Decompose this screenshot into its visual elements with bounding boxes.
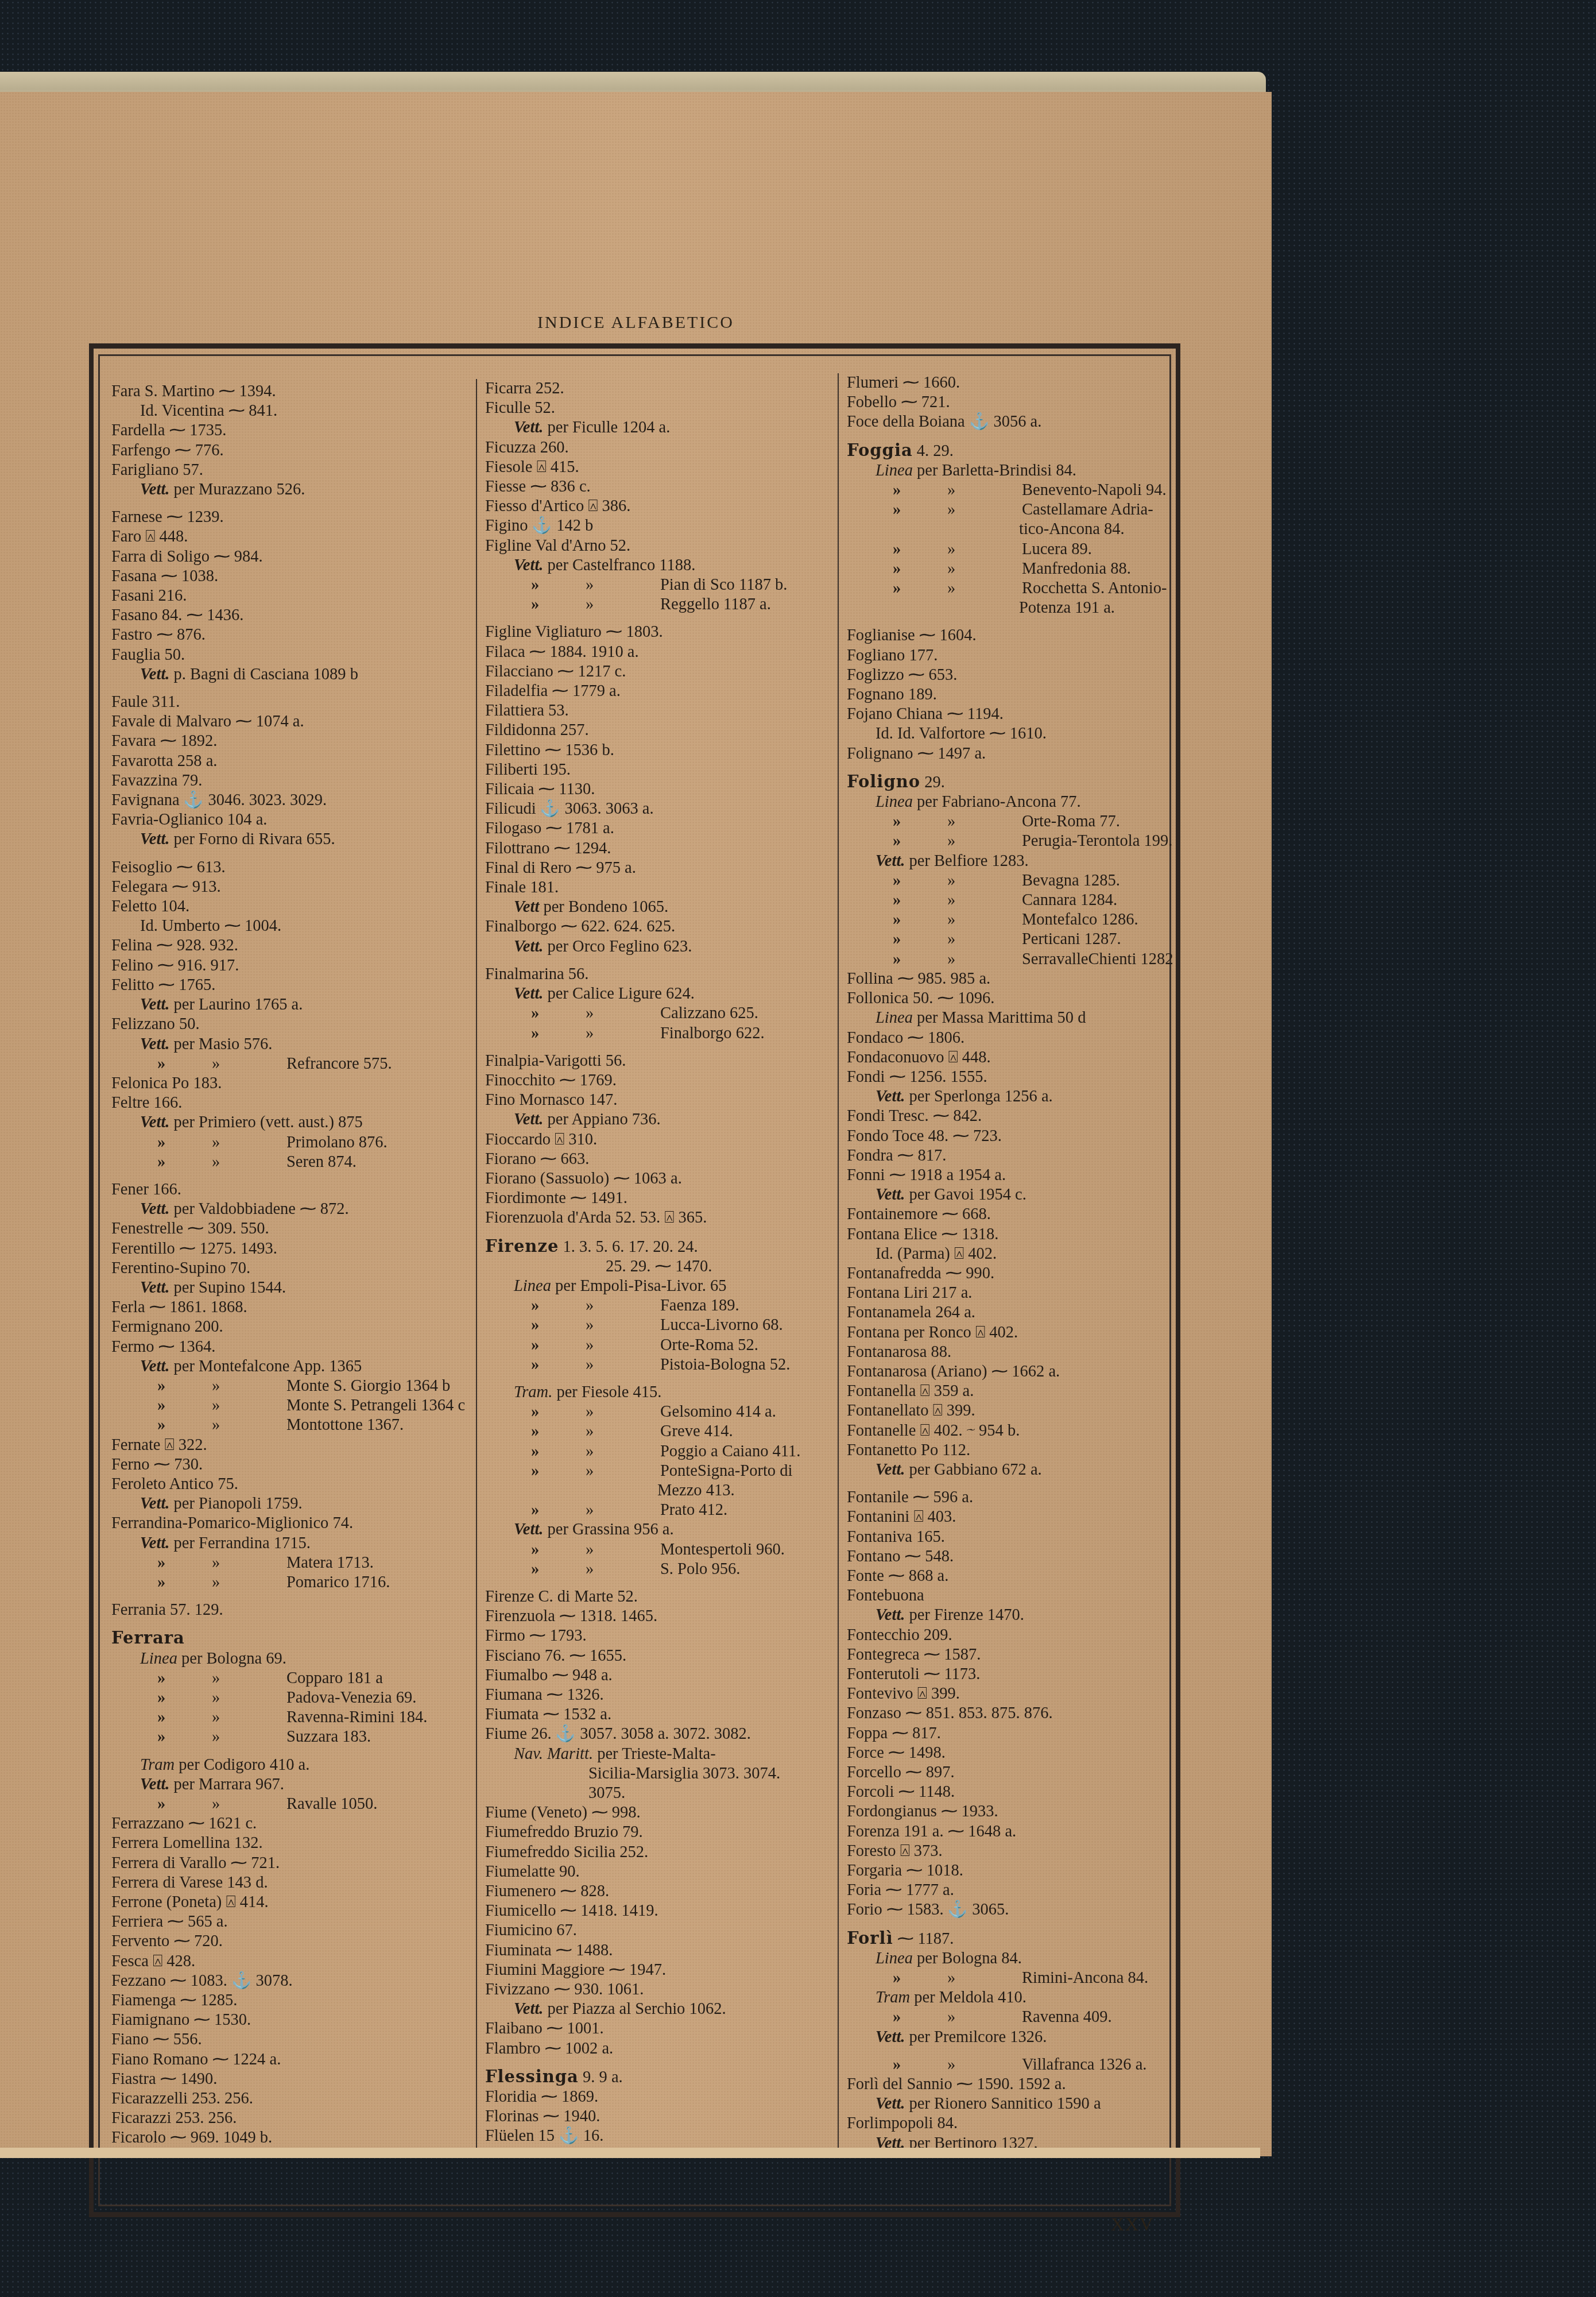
page-number: XXV [1111, 2214, 1154, 2235]
index-entry: »»Ravenna-Rimini 184. [111, 1708, 456, 1727]
ditto-mark: » [893, 2055, 947, 2075]
index-entry: Fiorenzuola d'Arda 52. 53. ⍓ 365. [485, 1208, 830, 1228]
index-entry: Fontanini ⍓ 403. [847, 1507, 1174, 1527]
ditto-mark: » [212, 1396, 286, 1416]
ditto-mark: » [212, 1669, 286, 1688]
index-entry: Fiano Romano ⁓ 1224 a. [111, 2050, 456, 2070]
ditto-mark: » [893, 910, 947, 930]
index-entry: Id. Umberto ⁓ 1004. [111, 917, 456, 936]
index-entry: Favazzina 79. [111, 771, 456, 791]
index-entry: Fondi ⁓ 1256. 1555. [847, 1068, 1174, 1087]
index-entry: Flessinga 9. 9 a. [485, 2067, 830, 2087]
index-entry: Flambro ⁓ 1002 a. [485, 2039, 830, 2059]
ditto-mark: » [531, 1402, 586, 1422]
index-entry: Ferentillo ⁓ 1275. 1493. [111, 1239, 456, 1259]
index-entry: Vett. per Sperlonga 1256 a. [847, 1087, 1174, 1107]
index-entry: Forlì del Sannio ⁓ 1590. 1592 a. [847, 2075, 1174, 2094]
page-title: INDICE ALFABETICO [0, 313, 1272, 332]
index-entry: Filiberti 195. [485, 760, 830, 780]
ditto-mark: » [157, 1688, 212, 1708]
index-entry: Fiumini Maggiore ⁓ 1947. [485, 1960, 830, 1980]
index-entry: Filicudi ⚓ 3063. 3063 a. [485, 799, 830, 819]
index-entry: Filacciano ⁓ 1217 c. [485, 662, 830, 682]
index-entry: Favria-Oglianico 104 a. [111, 810, 456, 830]
ditto-mark: » [586, 575, 660, 595]
index-entry: Fontegreca ⁓ 1587. [847, 1645, 1174, 1665]
index-entry: Ferrazzano ⁓ 1621 c. [111, 1814, 456, 1834]
index-entry: »»Reggello 1187 a. [485, 595, 830, 614]
index-entry: Ficarra 252. [485, 379, 830, 399]
ditto-mark: » [947, 871, 1022, 891]
ditto-mark: » [212, 1573, 286, 1592]
index-entry: »»Rocchetta S. Antonio- [847, 579, 1174, 598]
index-entry: »»Castellamare Adria- [847, 500, 1174, 520]
index-entry: Fiumefreddo Sicilia 252. [485, 1843, 830, 1862]
index-entry: Fasano 84. ⁓ 1436. [111, 606, 456, 625]
index-entry: Figino ⚓ 142 b [485, 516, 830, 536]
index-entry: Linea per Fabriano-Ancona 77. [847, 792, 1174, 812]
index-entry: Fesca ⍓ 428. [111, 1952, 456, 1971]
ditto-mark: » [531, 1461, 586, 1481]
index-entry: Ferrandina-Pomarico-Miglionico 74. [111, 1514, 456, 1533]
index-entry: Firenze C. di Marte 52. [485, 1587, 830, 1607]
index-entry: Fondaco ⁓ 1806. [847, 1028, 1174, 1048]
ditto-mark: » [531, 1024, 586, 1043]
index-column-2: Ficarra 252.Ficulle 52.Vett. per Ficulle… [476, 379, 830, 2153]
ditto-mark: » [586, 1422, 660, 1441]
ditto-mark: » [893, 559, 947, 579]
index-entry: Fontanarosa 88. [847, 1343, 1174, 1362]
index-entry: »»Seren 874. [111, 1153, 456, 1172]
index-entry: »»Faenza 189. [485, 1296, 830, 1316]
index-entry: Vett. per Appiano 736. [485, 1110, 830, 1130]
index-entry: »»Finalborgo 622. [485, 1024, 830, 1043]
index-entry: »»Padova-Venezia 69. [111, 1688, 456, 1708]
index-entry: »»Cannara 1284. [847, 891, 1174, 910]
index-entry: Fiumana ⁓ 1326. [485, 1685, 830, 1705]
index-entry: »»Suzzara 183. [111, 1727, 456, 1747]
index-entry: Fiuminata ⁓ 1488. [485, 1941, 830, 1960]
ditto-mark: » [893, 891, 947, 910]
ditto-mark: » [531, 1442, 586, 1461]
index-entry: Felizzano 50. [111, 1015, 456, 1034]
index-entry: »»Montottone 1367. [111, 1416, 456, 1435]
index-entry: Feroleto Antico 75. [111, 1475, 456, 1494]
index-entry: Fiumalbo ⁓ 948 a. [485, 1666, 830, 1685]
index-entry: »»Ravenna 409. [847, 2008, 1174, 2027]
index-entry: Fastro ⁓ 876. [111, 625, 456, 645]
index-entry: Favignana ⚓ 3046. 3023. 3029. [111, 791, 456, 810]
index-entry: Fiume 26. ⚓ 3057. 3058 a. 3072. 3082. [485, 1724, 830, 1744]
index-entry: Fiumicello ⁓ 1418. 1419. [485, 1901, 830, 1921]
index-entry: Vett. per Pianopoli 1759. [111, 1494, 456, 1514]
ditto-mark: » [531, 1355, 586, 1375]
index-entry: »»Refrancore 575. [111, 1054, 456, 1074]
index-entry: Fasana ⁓ 1038. [111, 567, 456, 586]
index-entry: Vett. per Gavoi 1954 c. [847, 1185, 1174, 1205]
ditto-mark: » [586, 1560, 660, 1579]
index-entry: Linea per Massa Marittima 50 d [847, 1008, 1174, 1028]
index-entry: »»Calizzano 625. [485, 1004, 830, 1023]
ditto-mark: » [531, 1316, 586, 1335]
index-entry: tico-Ancona 84. [847, 520, 1174, 539]
index-entry: Mezzo 413. [485, 1481, 830, 1501]
index-entry: Fondi Tresc. ⁓ 842. [847, 1107, 1174, 1126]
city-heading: Forlì [847, 1928, 893, 1948]
ditto-mark: » [157, 1727, 212, 1747]
index-entry: Firenze 1. 3. 5. 6. 17. 20. 24. [485, 1236, 830, 1257]
index-entry: Foglizzo ⁓ 653. [847, 666, 1174, 685]
index-entry: Forlì ⁓ 1187. [847, 1928, 1174, 1949]
ditto-mark: » [212, 1133, 286, 1153]
index-entry: Fernate ⍓ 322. [111, 1436, 456, 1455]
ditto-mark: » [531, 1296, 586, 1316]
ditto-mark: » [893, 481, 947, 500]
index-entry: Feltre 166. [111, 1093, 456, 1113]
ditto-mark: » [947, 559, 1022, 579]
index-entry: Fiume (Veneto) ⁓ 998. [485, 1803, 830, 1823]
city-heading: Firenze [485, 1236, 559, 1256]
index-entry: Fontanetto Po 112. [847, 1441, 1174, 1460]
index-entry: Fontanile ⁓ 596 a. [847, 1488, 1174, 1507]
ditto-mark: » [947, 910, 1022, 930]
index-entry: »»Monte S. Giorgio 1364 b [111, 1376, 456, 1396]
index-entry: »»Montefalco 1286. [847, 910, 1174, 930]
ditto-mark: » [212, 1416, 286, 1435]
index-entry: Id. (Parma) ⍓ 402. [847, 1244, 1174, 1264]
index-entry: »»Primolano 876. [111, 1133, 456, 1153]
index-entry: Foglianise ⁓ 1604. [847, 626, 1174, 645]
ditto-mark: » [212, 1553, 286, 1573]
index-entry: Fontanella ⍓ 359 a. [847, 1382, 1174, 1401]
index-entry: Fasani 216. [111, 586, 456, 606]
index-entry: Id. Vicentina ⁓ 841. [111, 401, 456, 421]
index-entry: Linea per Bologna 69. [111, 1649, 456, 1669]
ditto-mark: » [212, 1054, 286, 1074]
index-entry: Fezzano ⁓ 1083. ⚓ 3078. [111, 1971, 456, 1991]
index-entry: Fiesole ⍓ 415. [485, 458, 830, 477]
index-entry: Ficarazzelli 253. 256. [111, 2089, 456, 2109]
index-entry: Vett. per Premilcore 1326. [847, 2028, 1174, 2047]
index-entry: Finalmarina 56. [485, 965, 830, 984]
index-entry: Fonte ⁓ 868 a. [847, 1567, 1174, 1586]
index-column-1: Fara S. Martino ⁓ 1394.Id. Vicentina ⁓ 8… [111, 382, 456, 2148]
ditto-mark: » [586, 1461, 660, 1481]
index-entry: Felitto ⁓ 1765. [111, 976, 456, 995]
index-entry: Vett. per Primiero (vett. aust.) 875 [111, 1113, 456, 1132]
index-entry: Fontana Liri 217 a. [847, 1283, 1174, 1303]
index-entry: Felonica Po 183. [111, 1074, 456, 1093]
index-entry: Fioccardo ⍓ 310. [485, 1130, 830, 1150]
index-entry: Fontano ⁓ 548. [847, 1547, 1174, 1567]
index-entry: Force ⁓ 1498. [847, 1743, 1174, 1763]
index-frame-inner: Fara S. Martino ⁓ 1394.Id. Vicentina ⁓ 8… [98, 354, 1171, 2206]
index-entry: Vett. per Firenze 1470. [847, 1606, 1174, 1625]
index-entry: Ferentino-Supino 70. [111, 1259, 456, 1278]
index-entry: Fontecchio 209. [847, 1626, 1174, 1645]
ditto-mark: » [157, 1669, 212, 1688]
ditto-mark: » [531, 1004, 586, 1023]
index-entry: Vett. per Supino 1544. [111, 1278, 456, 1298]
ditto-mark: » [212, 1727, 286, 1747]
index-entry: Fervento ⁓ 720. [111, 1932, 456, 1951]
ditto-mark: » [947, 579, 1022, 598]
index-entry: Id. Id. Valfortore ⁓ 1610. [847, 724, 1174, 744]
index-entry: Fontanafredda ⁓ 990. [847, 1264, 1174, 1283]
index-entry: Finalpia-Varigotti 56. [485, 1051, 830, 1071]
index-entry: »»Benevento-Napoli 94. [847, 481, 1174, 500]
index-entry: Vett. per Rionero Sannitico 1590 a [847, 2094, 1174, 2114]
ditto-mark: » [893, 579, 947, 598]
index-entry: Fiorano ⁓ 663. [485, 1150, 830, 1169]
ditto-mark: » [212, 1153, 286, 1172]
index-entry: Fener 166. [111, 1180, 456, 1200]
index-entry: Vett. per Calice Ligure 624. [485, 984, 830, 1004]
page-bottom-edge [0, 2148, 1260, 2158]
index-entry: »»Perugia-Terontola 199. [847, 832, 1174, 851]
index-entry: Fondo Toce 48. ⁓ 723. [847, 1127, 1174, 1146]
index-entry: Forio ⁓ 1583. ⚓ 3065. [847, 1900, 1174, 1920]
index-entry: Favara ⁓ 1892. [111, 732, 456, 751]
index-entry: Forlimpopoli 84. [847, 2114, 1174, 2133]
index-entry: Foria ⁓ 1777 a. [847, 1881, 1174, 1900]
ditto-mark: » [586, 1402, 660, 1422]
index-entry: Folignano ⁓ 1497 a. [847, 744, 1174, 764]
ditto-mark: » [586, 1355, 660, 1375]
index-entry: Fognano 189. [847, 685, 1174, 705]
ditto-mark: » [531, 575, 586, 595]
index-entry: Vett. per Montefalcone App. 1365 [111, 1357, 456, 1376]
ditto-mark: » [947, 2055, 1022, 2075]
index-entry: Faro ⍓ 448. [111, 527, 456, 547]
ditto-mark: » [947, 891, 1022, 910]
index-entry: Favarotta 258 a. [111, 752, 456, 771]
index-entry: Fogliano 177. [847, 646, 1174, 666]
index-entry: »»Perticani 1287. [847, 930, 1174, 949]
index-entry: Follina ⁓ 985. 985 a. [847, 969, 1174, 989]
index-entry: Ferrara [111, 1628, 456, 1649]
ditto-mark: » [893, 540, 947, 559]
index-entry: Fiumicino 67. [485, 1921, 830, 1940]
index-entry: Fobello ⁓ 721. [847, 393, 1174, 412]
index-entry: Fermo ⁓ 1364. [111, 1337, 456, 1357]
index-entry: Forcoli ⁓ 1148. [847, 1782, 1174, 1802]
index-entry: Figline Vigliaturo ⁓ 1803. [485, 622, 830, 642]
ditto-mark: » [586, 1540, 660, 1560]
index-entry: Filattiera 53. [485, 701, 830, 721]
index-entry: »»Poggio a Caiano 411. [485, 1442, 830, 1461]
index-entry: Flaibano ⁓ 1001. [485, 2019, 830, 2039]
index-entry: Forcello ⁓ 897. [847, 1763, 1174, 1782]
ditto-mark: » [157, 1795, 212, 1814]
index-entry: Felino ⁓ 916. 917. [111, 956, 456, 976]
index-entry: Filottrano ⁓ 1294. [485, 839, 830, 859]
index-entry: Vett. per Forno di Rivara 655. [111, 830, 456, 849]
index-entry: Fontana per Ronco ⍓ 402. [847, 1323, 1174, 1343]
ditto-mark: » [531, 1336, 586, 1355]
index-entry: Felegara ⁓ 913. [111, 877, 456, 897]
index-entry: Ferriera ⁓ 565 a. [111, 1912, 456, 1932]
index-entry: Foligno 29. [847, 772, 1174, 792]
ditto-mark: » [893, 500, 947, 520]
index-entry: Ferla ⁓ 1861. 1868. [111, 1298, 456, 1317]
ditto-mark: » [531, 1560, 586, 1579]
index-entry: Fivizzano ⁓ 930. 1061. [485, 1980, 830, 2000]
ditto-mark: » [531, 1540, 586, 1560]
ditto-mark: » [893, 2008, 947, 2027]
index-entry: Ficarolo ⁓ 969. 1049 b. [111, 2128, 456, 2148]
city-heading: Ferrara [111, 1628, 185, 1648]
index-entry: Fondaconuovo ⍓ 448. [847, 1048, 1174, 1068]
index-entry: Foggia 4. 29. [847, 440, 1174, 461]
index-entry: Fiastra ⁓ 1490. [111, 2070, 456, 2089]
index-entry: »»Orte-Roma 52. [485, 1336, 830, 1355]
ditto-mark: » [947, 812, 1022, 832]
index-entry: Filaca ⁓ 1884. 1910 a. [485, 643, 830, 662]
index-entry: Fiamignano ⁓ 1530. [111, 2010, 456, 2030]
index-entry: »»Copparo 181 a [111, 1669, 456, 1688]
city-heading: Flessinga [485, 2067, 579, 2086]
index-entry: »»Villafranca 1326 a. [847, 2055, 1174, 2075]
ditto-mark: » [947, 930, 1022, 949]
index-column-3: Flumeri ⁓ 1660.Fobello ⁓ 721.Foce della … [838, 373, 1174, 2153]
index-entry: Finalborgo ⁓ 622. 624. 625. [485, 917, 830, 937]
index-entry: Filogaso ⁓ 1781 a. [485, 819, 830, 838]
index-entry: Fiumelatte 90. [485, 1862, 830, 1882]
ditto-mark: » [586, 1296, 660, 1316]
index-entry: Final di Rero ⁓ 975 a. [485, 859, 830, 878]
ditto-mark: » [947, 2008, 1022, 2027]
ditto-mark: » [212, 1688, 286, 1708]
index-entry: Fiesse ⁓ 836 c. [485, 477, 830, 497]
book-page: INDICE ALFABETICO Fara S. Martino ⁓ 1394… [0, 92, 1272, 2156]
index-entry: Filettino ⁓ 1536 b. [485, 741, 830, 760]
index-entry: Finale 181. [485, 878, 830, 898]
index-entry: Feletto 104. [111, 897, 456, 917]
index-entry: Foresto ⍓ 373. [847, 1842, 1174, 1861]
ditto-mark: » [157, 1416, 212, 1435]
ditto-mark: » [947, 950, 1022, 969]
ditto-mark: » [212, 1795, 286, 1814]
index-entry: Vett. per Valdobbiadene ⁓ 872. [111, 1200, 456, 1219]
ditto-mark: » [157, 1133, 212, 1153]
index-entry: »»Greve 414. [485, 1422, 830, 1441]
index-entry: Filadelfia ⁓ 1779 a. [485, 682, 830, 701]
ditto-mark: » [893, 1969, 947, 1988]
index-entry: »»Bevagna 1285. [847, 871, 1174, 891]
index-entry: »»PonteSigna-Porto di [485, 1461, 830, 1481]
ditto-mark: » [947, 540, 1022, 559]
index-entry: »»Rimini-Ancona 84. [847, 1969, 1174, 1988]
index-entry: Tram per Meldola 410. [847, 1988, 1174, 2008]
index-entry: Vett. per Castelfranco 1188. [485, 556, 830, 575]
index-entry: Foce della Boiana ⚓ 3056 a. [847, 412, 1174, 432]
index-entry: Firenzuola ⁓ 1318. 1465. [485, 1607, 830, 1626]
index-entry: Vett. per Murazzano 526. [111, 480, 456, 500]
city-heading: Foligno [847, 772, 920, 791]
ditto-mark: » [157, 1054, 212, 1074]
index-entry: Forgaria ⁓ 1018. [847, 1861, 1174, 1881]
index-entry: Firmo ⁓ 1793. [485, 1626, 830, 1646]
index-entry: Vett. per Orco Feglino 623. [485, 937, 830, 957]
index-entry: Forenza 191 a. ⁓ 1648 a. [847, 1822, 1174, 1842]
index-entry: Flumeri ⁓ 1660. [847, 373, 1174, 393]
index-entry: Fontanelle ⍓ 402. ⁓ 954 b. [847, 1421, 1174, 1441]
index-entry: Feisoglio ⁓ 613. [111, 858, 456, 877]
index-entry: Fenestrelle ⁓ 309. 550. [111, 1219, 456, 1239]
index-entry: Vett. per Masio 576. [111, 1035, 456, 1054]
index-entry: Fontainemore ⁓ 668. [847, 1205, 1174, 1224]
index-entry: Ficarazzi 253. 256. [111, 2109, 456, 2128]
index-entry: Tram per Codigoro 410 a. [111, 1755, 456, 1775]
index-entry: Felina ⁓ 928. 932. [111, 936, 456, 956]
index-entry: »»Lucca-Livorno 68. [485, 1316, 830, 1335]
ditto-mark: » [157, 1396, 212, 1416]
ditto-mark: » [947, 832, 1022, 851]
index-entry: Fiumefreddo Bruzio 79. [485, 1823, 830, 1842]
index-entry: Ferrera di Varallo ⁓ 721. [111, 1854, 456, 1873]
ditto-mark: » [531, 595, 586, 614]
index-entry: Farfengo ⁓ 776. [111, 441, 456, 461]
index-entry: Farnese ⁓ 1239. [111, 508, 456, 527]
index-entry: Fiorano (Sassuolo) ⁓ 1063 a. [485, 1169, 830, 1189]
index-entry: Fojano Chiana ⁓ 1194. [847, 705, 1174, 724]
ditto-mark: » [893, 812, 947, 832]
index-entry: Fisciano 76. ⁓ 1655. [485, 1646, 830, 1666]
index-entry: Vett. per Ferrandina 1715. [111, 1534, 456, 1553]
index-entry: Farigliano 57. [111, 461, 456, 480]
index-entry: Vett. per Laurino 1765 a. [111, 995, 456, 1015]
index-entry: Vett. per Piazza al Serchio 1062. [485, 2000, 830, 2019]
ditto-mark: » [947, 1969, 1022, 1988]
index-entry: Linea per Bologna 84. [847, 1949, 1174, 1969]
index-entry: »»SerravalleChienti 1282 [847, 950, 1174, 969]
index-entry: »»Monte S. Petrangeli 1364 c [111, 1396, 456, 1416]
ditto-mark: » [947, 500, 1022, 520]
index-entry: Fiumata ⁓ 1532 a. [485, 1705, 830, 1724]
ditto-mark: » [893, 930, 947, 949]
index-entry: Ferrone (Poneta) ⍓ 414. [111, 1893, 456, 1912]
ditto-mark: » [531, 1422, 586, 1441]
ditto-mark: » [947, 481, 1022, 500]
index-entry: Fontanarosa (Ariano) ⁓ 1662 a. [847, 1362, 1174, 1382]
index-entry: Fermignano 200. [111, 1317, 456, 1337]
index-entry: Farra di Soligo ⁓ 984. [111, 547, 456, 567]
index-entry: »»Lucera 89. [847, 540, 1174, 559]
index-entry: Floridia ⁓ 1869. [485, 2087, 830, 2107]
index-entry: Vett per Bondeno 1065. [485, 898, 830, 917]
index-entry: Fiordimonte ⁓ 1491. [485, 1189, 830, 1208]
index-entry: Fontanamela 264 a. [847, 1303, 1174, 1322]
ditto-mark: » [893, 832, 947, 851]
index-entry: Tram. per Fiesole 415. [485, 1383, 830, 1402]
index-entry: »»Pian di Sco 1187 b. [485, 575, 830, 595]
index-entry: Favale di Malvaro ⁓ 1074 a. [111, 712, 456, 732]
index-entry: Ferrera di Varese 143 d. [111, 1873, 456, 1893]
index-entry: Vett. per Ficulle 1204 a. [485, 418, 830, 438]
ditto-mark: » [212, 1376, 286, 1396]
index-entry: »»Orte-Roma 77. [847, 812, 1174, 832]
index-entry: Vett. per Gabbiano 672 a. [847, 1460, 1174, 1480]
index-entry: Fauglia 50. [111, 645, 456, 665]
ditto-mark: » [157, 1376, 212, 1396]
city-heading: Foggia [847, 440, 913, 460]
index-entry: Fildidonna 257. [485, 721, 830, 740]
index-entry: »»Gelsomino 414 a. [485, 1402, 830, 1422]
index-entry: Ferrania 57. 129. [111, 1600, 456, 1620]
index-entry: »»Prato 412. [485, 1501, 830, 1520]
index-entry: »»S. Polo 956. [485, 1560, 830, 1579]
